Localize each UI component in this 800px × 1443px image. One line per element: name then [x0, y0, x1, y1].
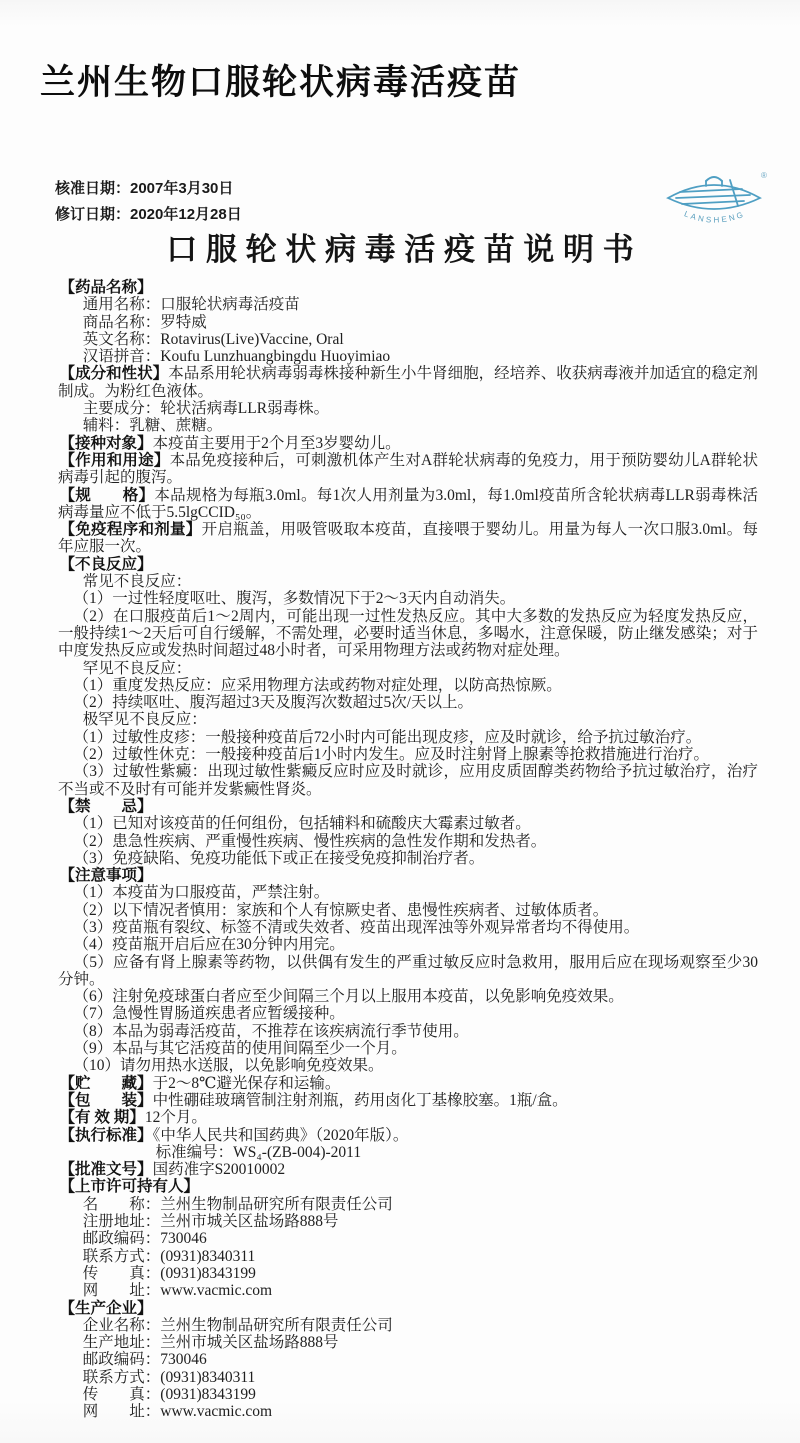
- insert-paragraph: （10）请勿用热水送服，以免影响免疫效果。: [58, 1057, 758, 1074]
- insert-paragraph: （4）疫苗瓶开启后应在30分钟内用完。: [58, 936, 758, 953]
- insert-paragraph: 汉语拼音：Koufu Lunzhuangbingdu Huoyimiao: [58, 348, 758, 365]
- para-text: （2）持续呕吐、腹泻超过3天及腹泻次数超过5次/天以上。: [74, 694, 474, 711]
- insert-paragraph: 【作用和用途】本品免疫接种后，可刺激机体产生对A群轮状病毒的免疫力，用于预防婴幼…: [58, 452, 758, 487]
- insert-paragraph: 辅料：乳糖、蔗糖。: [58, 417, 758, 434]
- insert-paragraph: 【执行标准】《中华人民共和国药典》（2020年版）。: [58, 1127, 758, 1144]
- insert-paragraph: （3）过敏性紫癜：出现过敏性紫癜反应时应及时就诊，应用皮质固醇类药物给予抗过敏治…: [58, 763, 758, 798]
- insert-paragraph: 极罕见不良反应：: [58, 711, 758, 728]
- para-text: 主要成分：轮状活病毒LLR弱毒株。: [83, 400, 329, 417]
- insert-paragraph: 传 真：(0931)8343199: [58, 1386, 758, 1403]
- date-block: 核准日期：2007年3月30日 修订日期：2020年12月28日: [55, 176, 242, 228]
- insert-paragraph: 企业名称：兰州生物制品研究所有限责任公司: [58, 1317, 758, 1334]
- insert-paragraph: （8）本品为弱毒活疫苗，不推荐在该疾病流行季节使用。: [58, 1023, 758, 1040]
- insert-paragraph: （2）患急性疾病、严重慢性疾病、慢性疾病的急性发作期和发热者。: [58, 833, 758, 850]
- insert-paragraph: （1）过敏性皮疹：一般接种疫苗后72小时内可能出现皮疹，应及时就诊，给予抗过敏治…: [58, 729, 758, 746]
- para-text: 汉语拼音：Koufu Lunzhuangbingdu Huoyimiao: [83, 348, 390, 365]
- para-text: （1）已知对该疫苗的任何组份，包括辅料和硫酸庆大霉素过敏者。: [74, 815, 531, 832]
- registered-trademark-icon: ®: [761, 171, 767, 180]
- insert-paragraph: 【注意事项】: [58, 867, 758, 884]
- para-head: 【执行标准】: [60, 1127, 153, 1144]
- insert-paragraph: 【上市许可持有人】: [58, 1178, 758, 1195]
- para-text: 通用名称：口服轮状病毒活疫苗: [83, 296, 300, 313]
- insert-paragraph: 主要成分：轮状活病毒LLR弱毒株。: [58, 400, 758, 417]
- insert-paragraph: （2）持续呕吐、腹泻超过3天及腹泻次数超过5次/天以上。: [58, 694, 758, 711]
- para-head: 【批准文号】: [60, 1161, 153, 1178]
- para-text: （3）过敏性紫癜：出现过敏性紫癜反应时应及时就诊，应用皮质固醇类药物给予抗过敏治…: [58, 763, 758, 797]
- insert-paragraph: 标准编号：WS₄-(ZB-004)-2011: [58, 1144, 758, 1161]
- insert-paragraph: （7）急慢性胃肠道疾患者应暂缓接种。: [58, 1005, 758, 1022]
- para-head: 【禁 忌】: [60, 798, 153, 815]
- insert-paragraph: 【药品名称】: [58, 279, 758, 296]
- para-text: （2）患急性疾病、严重慢性疾病、慢性疾病的急性发作期和发热者。: [74, 833, 547, 850]
- para-text: 传 真：(0931)8343199: [83, 1386, 256, 1403]
- para-text: （7）急慢性胃肠道疾患者应暂缓接种。: [74, 1005, 345, 1022]
- logo-wordmark: LANSHENG: [683, 209, 747, 224]
- para-head: 【不良反应】: [60, 556, 153, 573]
- para-text: 常见不良反应：: [83, 573, 192, 590]
- para-head: 【成分和性状】: [60, 365, 169, 382]
- insert-paragraph: （6）注射免疫球蛋白者应至少间隔三个月以上服用本疫苗，以免影响免疫效果。: [58, 988, 758, 1005]
- insert-paragraph: 【不良反应】: [58, 556, 758, 573]
- insert-body: 【药品名称】通用名称：口服轮状病毒活疫苗商品名称：罗特威英文名称：Rotavir…: [58, 279, 758, 1421]
- para-text: 网 址：www.vacmic.com: [83, 1282, 272, 1299]
- insert-paragraph: 联系方式：(0931)8340311: [58, 1369, 758, 1386]
- para-text: 商品名称：罗特威: [83, 314, 207, 331]
- approval-date: 核准日期：2007年3月30日: [55, 176, 242, 202]
- insert-paragraph: 邮政编码：730046: [58, 1351, 758, 1368]
- para-text: 于2～8℃避光保存和运输。: [153, 1075, 341, 1092]
- insert-paragraph: 邮政编码：730046: [58, 1230, 758, 1247]
- para-text: 联系方式：(0931)8340311: [83, 1369, 256, 1386]
- para-text: （4）疫苗瓶开启后应在30分钟内用完。: [74, 936, 345, 953]
- para-text: （9）本品与其它活疫苗的使用间隔至少一个月。: [74, 1040, 407, 1057]
- insert-paragraph: （9）本品与其它活疫苗的使用间隔至少一个月。: [58, 1040, 758, 1057]
- insert-paragraph: 【规 格】本品规格为每瓶3.0ml。每1次人用剂量为3.0ml，每1.0ml疫苗…: [58, 487, 758, 522]
- para-head: 【包 装】: [60, 1092, 153, 1109]
- para-head: 【免疫程序和剂量】: [60, 521, 202, 538]
- para-text: 企业名称：兰州生物制品研究所有限责任公司: [83, 1317, 393, 1334]
- para-text: （1）一过性轻度呕吐、腹泻，多数情况下于2～3天内自动消失。: [74, 590, 516, 607]
- insert-paragraph: （2）在口服疫苗后1～2周内，可能出现一过性发热反应。其中大多数的发热反应为轻度…: [58, 608, 758, 660]
- insert-paragraph: 英文名称：Rotavirus(Live)Vaccine, Oral: [58, 331, 758, 348]
- para-head: 【规 格】: [60, 487, 155, 504]
- para-text: 注册地址：兰州市城关区盐场路888号: [83, 1213, 339, 1230]
- para-text: 国药准字S20010002: [153, 1161, 286, 1178]
- para-head: 【贮 藏】: [60, 1075, 153, 1092]
- para-text: （2）在口服疫苗后1～2周内，可能出现一过性发热反应。其中大多数的发热反应为轻度…: [58, 608, 758, 660]
- para-text: （8）本品为弱毒活疫苗，不推荐在该疾病流行季节使用。: [74, 1023, 469, 1040]
- para-text: （3）免疫缺陷、免疫功能低下或正在接受免疫抑制治疗者。: [74, 850, 485, 867]
- insert-paragraph: （3）免疫缺陷、免疫功能低下或正在接受免疫抑制治疗者。: [58, 850, 758, 867]
- para-text: 传 真：(0931)8343199: [83, 1265, 256, 1282]
- para-text: 英文名称：Rotavirus(Live)Vaccine, Oral: [83, 331, 344, 348]
- para-head: 【接种对象】: [60, 435, 153, 452]
- para-text: （1）过敏性皮疹：一般接种疫苗后72小时内可能出现皮疹，应及时就诊，给予抗过敏治…: [74, 729, 702, 746]
- para-text: 生产地址：兰州市城关区盐场路888号: [83, 1334, 339, 1351]
- para-text: （1）重度发热反应：应采用物理方法或药物对症处理，以防高热惊厥。: [74, 677, 562, 694]
- insert-paragraph: （1）已知对该疫苗的任何组份，包括辅料和硫酸庆大霉素过敏者。: [58, 815, 758, 832]
- para-text: 本疫苗主要用于2个月至3岁婴幼儿。: [153, 435, 401, 452]
- insert-paragraph: （2）以下情况者慎用：家族和个人有惊厥史者、患慢性疾病者、过敏体质者。: [58, 902, 758, 919]
- package-insert-page: 兰州生物口服轮状病毒活疫苗 核准日期：2007年3月30日 修订日期：2020年…: [0, 0, 800, 1443]
- insert-paragraph: （3）疫苗瓶有裂纹、标签不清或失效者、疫苗出现浑浊等外观异常者均不得使用。: [58, 919, 758, 936]
- para-text: 12个月。: [145, 1109, 207, 1126]
- para-text: 《中华人民共和国药典》（2020年版）。: [153, 1127, 409, 1144]
- insert-paragraph: 通用名称：口服轮状病毒活疫苗: [58, 296, 758, 313]
- insert-paragraph: 商品名称：罗特威: [58, 314, 758, 331]
- insert-paragraph: 【贮 藏】于2～8℃避光保存和运输。: [58, 1075, 758, 1092]
- para-text: 本品规格为每瓶3.0ml。每1次人用剂量为3.0ml，每1.0ml疫苗所含轮状病…: [58, 487, 758, 521]
- insert-paragraph: 【生产企业】: [58, 1300, 758, 1317]
- para-text: 辅料：乳糖、蔗糖。: [83, 417, 223, 434]
- insert-paragraph: 【接种对象】本疫苗主要用于2个月至3岁婴幼儿。: [58, 435, 758, 452]
- insert-paragraph: 【禁 忌】: [58, 798, 758, 815]
- insert-paragraph: （1）一过性轻度呕吐、腹泻，多数情况下于2～3天内自动消失。: [58, 590, 758, 607]
- para-text: （2）以下情况者慎用：家族和个人有惊厥史者、患慢性疾病者、过敏体质者。: [74, 902, 609, 919]
- para-head: 【生产企业】: [60, 1300, 153, 1317]
- para-text: 联系方式：(0931)8340311: [83, 1248, 256, 1265]
- para-text: 网 址：www.vacmic.com: [83, 1403, 272, 1420]
- insert-paragraph: （1）本疫苗为口服疫苗，严禁注射。: [58, 884, 758, 901]
- para-text: （5）应备有肾上腺素等药物，以供偶有发生的严重过敏反应时急救用，服用后应在现场观…: [58, 954, 758, 988]
- para-text: 罕见不良反应：: [83, 660, 192, 677]
- para-text: （2）过敏性休克：一般接种疫苗后1小时内发生。应及时注射肾上腺素等抢救措施进行治…: [74, 746, 710, 763]
- insert-paragraph: （2）过敏性休克：一般接种疫苗后1小时内发生。应及时注射肾上腺素等抢救措施进行治…: [58, 746, 758, 763]
- para-text: 标准编号：WS₄-(ZB-004)-2011: [156, 1144, 361, 1161]
- insert-paragraph: 网 址：www.vacmic.com: [58, 1403, 758, 1420]
- insert-paragraph: 联系方式：(0931)8340311: [58, 1248, 758, 1265]
- insert-paragraph: 【免疫程序和剂量】开启瓶盖，用吸管吸取本疫苗，直接喂于婴幼儿。用量为每人一次口服…: [58, 521, 758, 556]
- insert-paragraph: （5）应备有肾上腺素等药物，以供偶有发生的严重过敏反应时急救用，服用后应在现场观…: [58, 954, 758, 989]
- para-text: （10）请勿用热水送服，以免影响免疫效果。: [74, 1057, 384, 1074]
- insert-title: 口服轮状病毒活疫苗说明书: [0, 224, 800, 269]
- svg-text:LANSHENG: LANSHENG: [683, 209, 747, 224]
- para-text: 名 称：兰州生物制品研究所有限责任公司: [83, 1196, 393, 1213]
- insert-paragraph: 常见不良反应：: [58, 573, 758, 590]
- insert-paragraph: 【成分和性状】本品系用轮状病毒弱毒株接种新生小牛肾细胞，经培养、收获病毒液并加适…: [58, 365, 758, 400]
- insert-paragraph: （1）重度发热反应：应采用物理方法或药物对症处理，以防高热惊厥。: [58, 677, 758, 694]
- para-text: 极罕见不良反应：: [83, 711, 207, 728]
- para-text: （3）疫苗瓶有裂纹、标签不清或失效者、疫苗出现浑浊等外观异常者均不得使用。: [74, 919, 640, 936]
- insert-paragraph: 【批准文号】国药准字S20010002: [58, 1161, 758, 1178]
- para-text: 邮政编码：730046: [83, 1230, 207, 1247]
- para-text: 邮政编码：730046: [83, 1351, 207, 1368]
- para-head: 【药品名称】: [60, 279, 153, 296]
- insert-paragraph: 罕见不良反应：: [58, 660, 758, 677]
- insert-paragraph: 【有 效 期】12个月。: [58, 1109, 758, 1126]
- insert-paragraph: 名 称：兰州生物制品研究所有限责任公司: [58, 1196, 758, 1213]
- para-head: 【上市许可持有人】: [60, 1178, 200, 1195]
- insert-paragraph: 生产地址：兰州市城关区盐场路888号: [58, 1334, 758, 1351]
- page-title: 兰州生物口服轮状病毒活疫苗: [40, 55, 521, 105]
- para-text: 中性硼硅玻璃管制注射剂瓶，药用卤化丁基橡胶塞。1瓶/盒。: [153, 1092, 568, 1109]
- insert-paragraph: 网 址：www.vacmic.com: [58, 1282, 758, 1299]
- para-head: 【有 效 期】: [60, 1109, 145, 1126]
- para-text: （6）注射免疫球蛋白者应至少间隔三个月以上服用本疫苗，以免影响免疫效果。: [74, 988, 624, 1005]
- para-head: 【作用和用途】: [60, 452, 170, 469]
- insert-paragraph: 【包 装】中性硼硅玻璃管制注射剂瓶，药用卤化丁基橡胶塞。1瓶/盒。: [58, 1092, 758, 1109]
- insert-paragraph: 注册地址：兰州市城关区盐场路888号: [58, 1213, 758, 1230]
- para-text: （1）本疫苗为口服疫苗，严禁注射。: [74, 884, 330, 901]
- insert-paragraph: 传 真：(0931)8343199: [58, 1265, 758, 1282]
- para-head: 【注意事项】: [60, 867, 153, 884]
